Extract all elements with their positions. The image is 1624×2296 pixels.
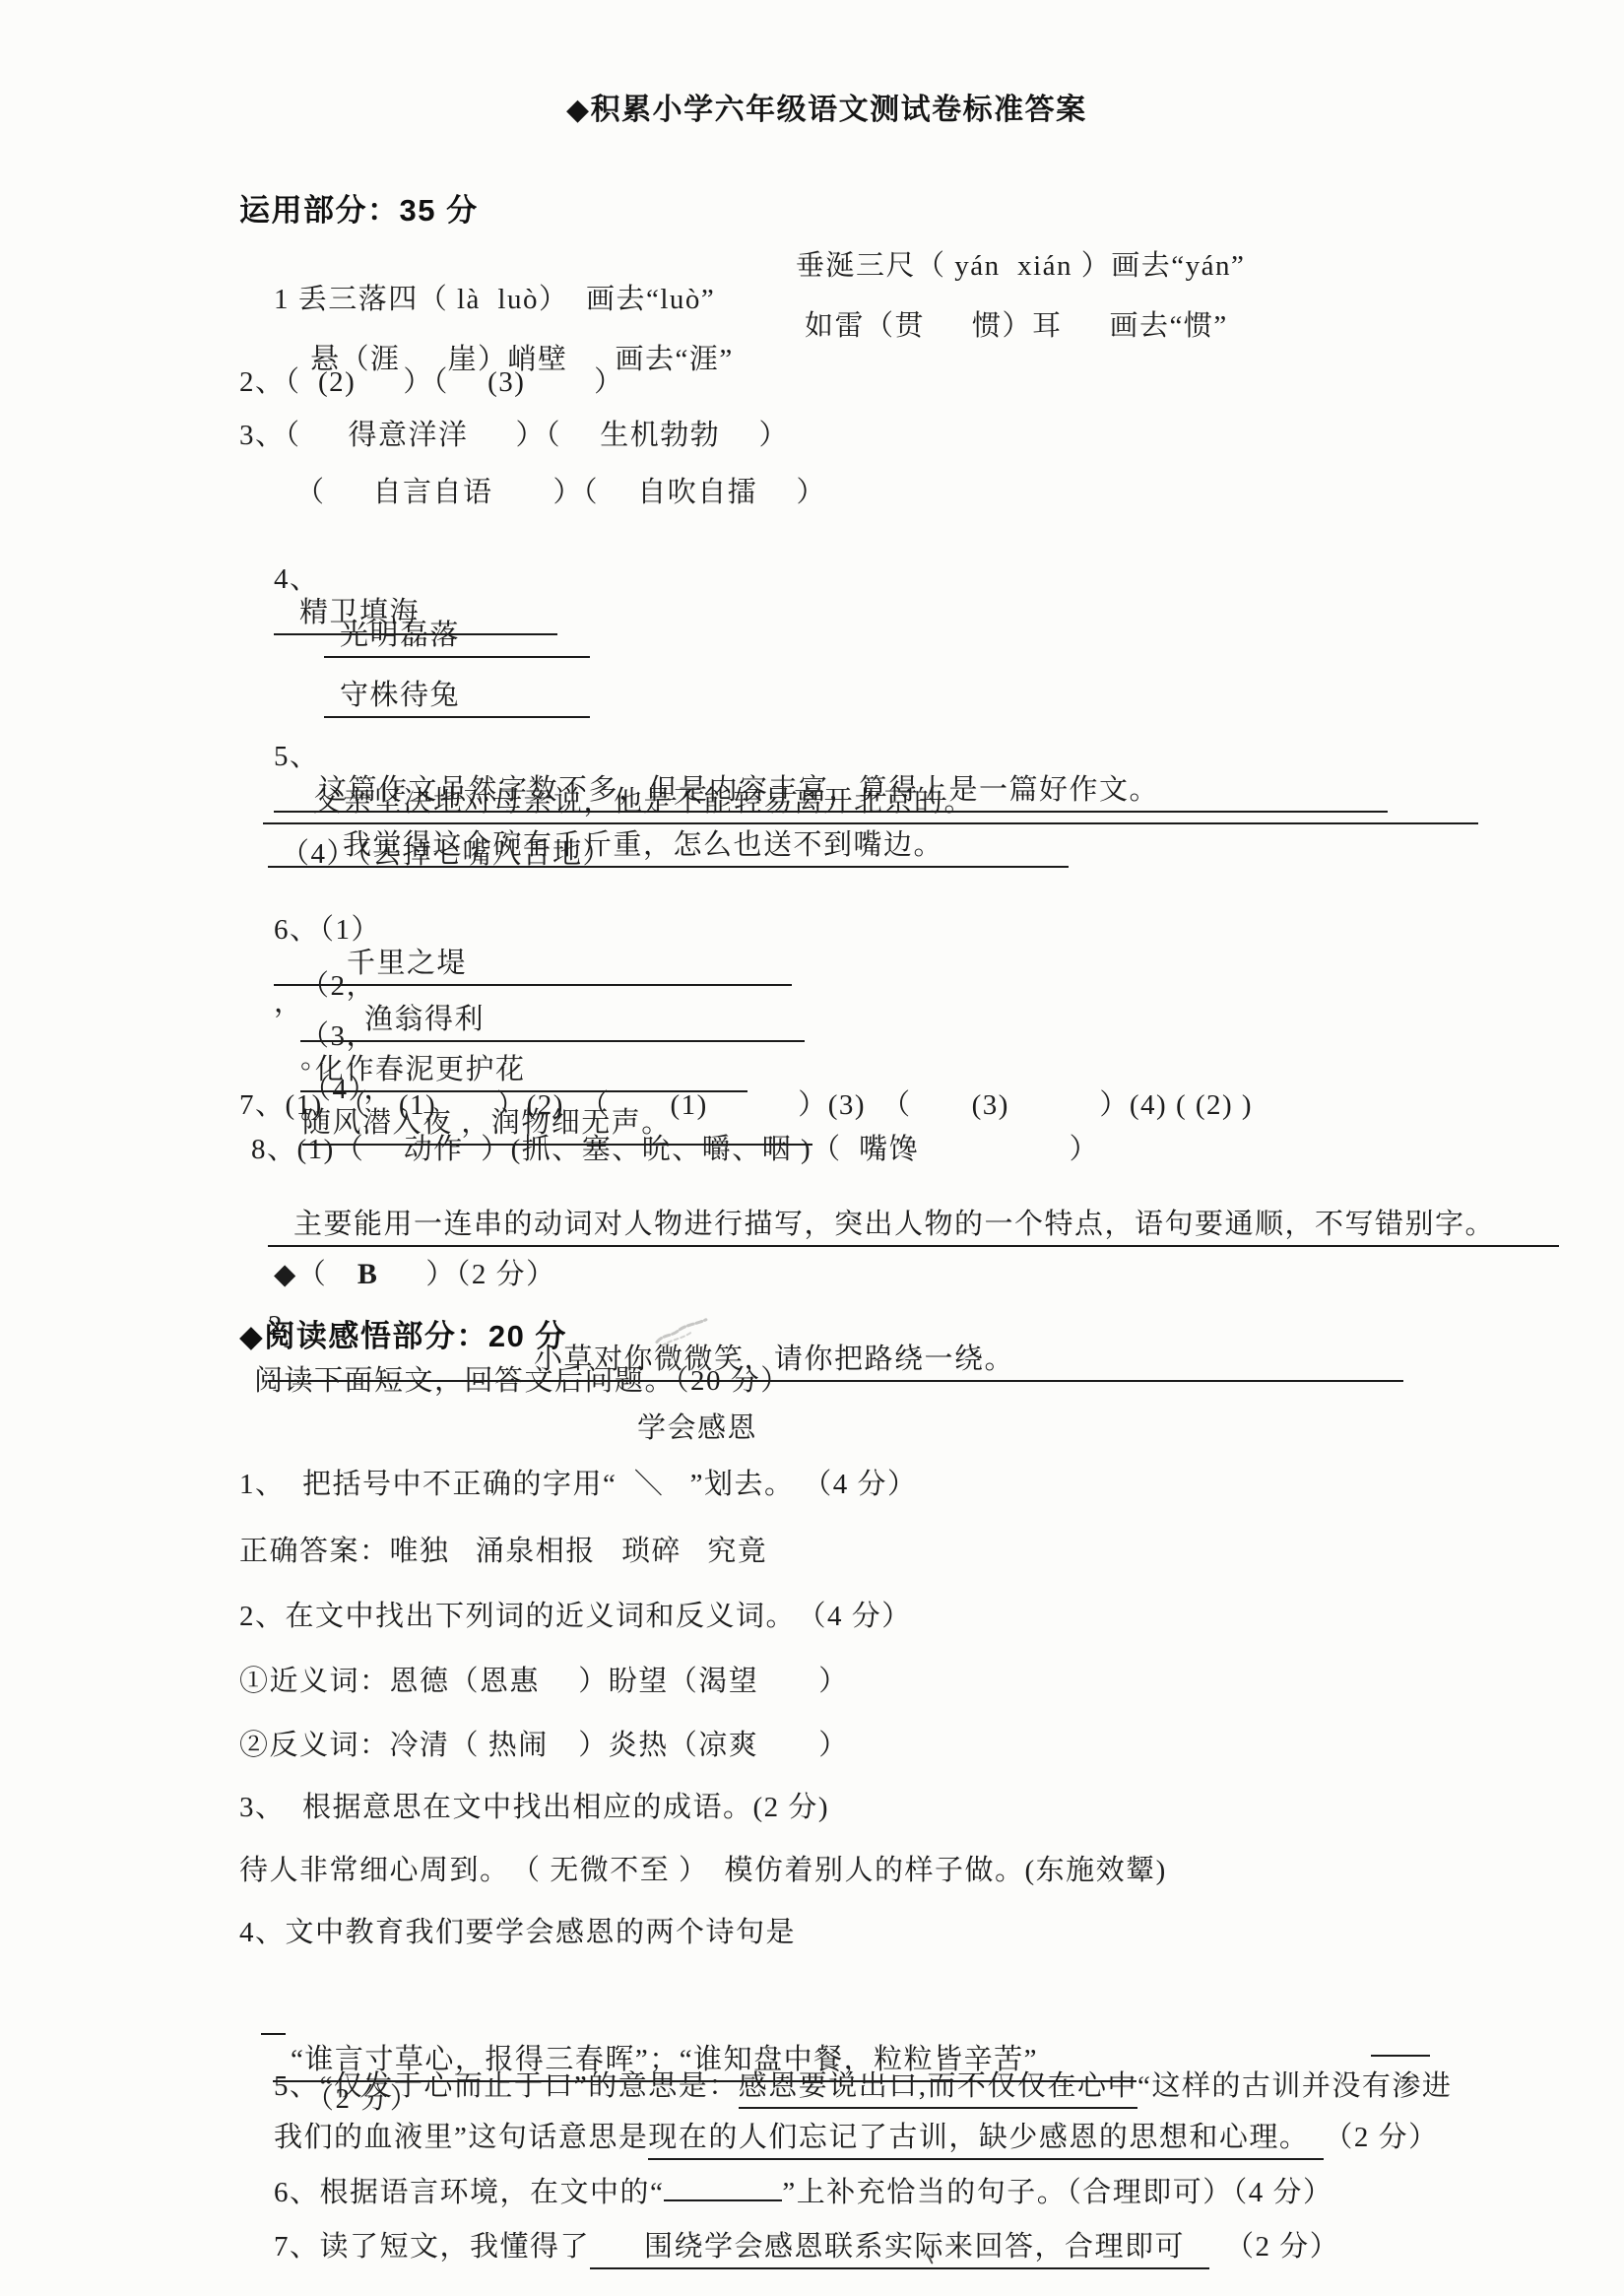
reading-q7-answer: 围绕学会感恩联系实际来回答，合理即可 — [590, 2230, 1209, 2269]
usage-q1-row2-right: 如雷（贯 惯）耳 画去“惯” — [805, 309, 1228, 343]
reading-q1: 1、 把括号中不正确的字用“ ＼ ”划去。 （4 分） — [239, 1468, 918, 1501]
blank-underline-left — [261, 2029, 286, 2035]
reading-q7-prefix: 7、读了短文，我懂得了 — [274, 2231, 590, 2263]
usage-q2: 2、（ (2) ）（ (3) ） — [239, 365, 624, 399]
reading-q1-answer: 正确答案：唯独 涌泉相报 琐碎 究竟 — [239, 1535, 767, 1568]
reading-q4: 4、文中教育我们要学会感恩的两个诗句是 — [239, 1916, 796, 1949]
usage-q3-row1: 3、（ 得意洋洋 ）（ 生机勃勃 ） — [239, 419, 789, 452]
page-title: ◆积累小学六年级语文测试卷标准答案 — [566, 94, 1087, 127]
reading-intro: 阅读下面短文，回答文后问题。（20 分） — [254, 1364, 791, 1398]
reading-q2-antonyms: ②反义词：冷清（ 热闹 ）炎热（凉爽 ） — [239, 1729, 849, 1762]
usage-q1-row1-right: 垂涎三尺（ yán xián ）画去“yán” — [796, 249, 1245, 283]
usage-section-heading: 运用部分：35 分 — [239, 194, 479, 228]
usage-q5-note: （4）（去掉七嘴八舌地） — [281, 837, 613, 871]
reading-q7: 7、读了短文，我懂得了围绕学会感恩联系实际来回答，合理即可 （2 分） — [239, 2197, 1339, 2296]
usage-q8: 8、(1)（ 动作 ）(抓、塞、吮、嚼、咽 )（ 嘴馋 ） — [251, 1133, 1099, 1166]
usage-q3-row2: （ 自言自语 ）（ 自吹自擂 ） — [295, 476, 826, 509]
reading-q2-synonyms: ①近义词：恩德（恩惠 ）盼望（渴望 ） — [239, 1665, 849, 1698]
reading-section-heading: ◆阅读感悟部分：20 分 — [239, 1320, 567, 1353]
scanned-test-answer-page: ◆积累小学六年级语文测试卷标准答案 运用部分：35 分 1 丢三落四（ là l… — [0, 0, 1624, 2296]
reading-q3-answer: 待人非常细心周到。 （ 无微不至 ） 模仿着别人的样子做。(东施效颦) — [239, 1854, 1167, 1887]
reading-q5-score: （2 分） — [1324, 2122, 1438, 2153]
usage-q7: 7、(1) （ (1) ）(2) （ (1) ）(3) （ (3) ）(4) (… — [239, 1088, 1253, 1122]
reading-q2: 2、在文中找出下列词的近义词和反义词。 （4 分） — [239, 1600, 912, 1633]
passage-title: 学会感恩 — [637, 1411, 757, 1445]
reading-q3: 3、 根据意思在文中找出相应的成语。(2 分) — [239, 1791, 829, 1824]
reading-q7-score: （2 分） — [1209, 2231, 1339, 2263]
